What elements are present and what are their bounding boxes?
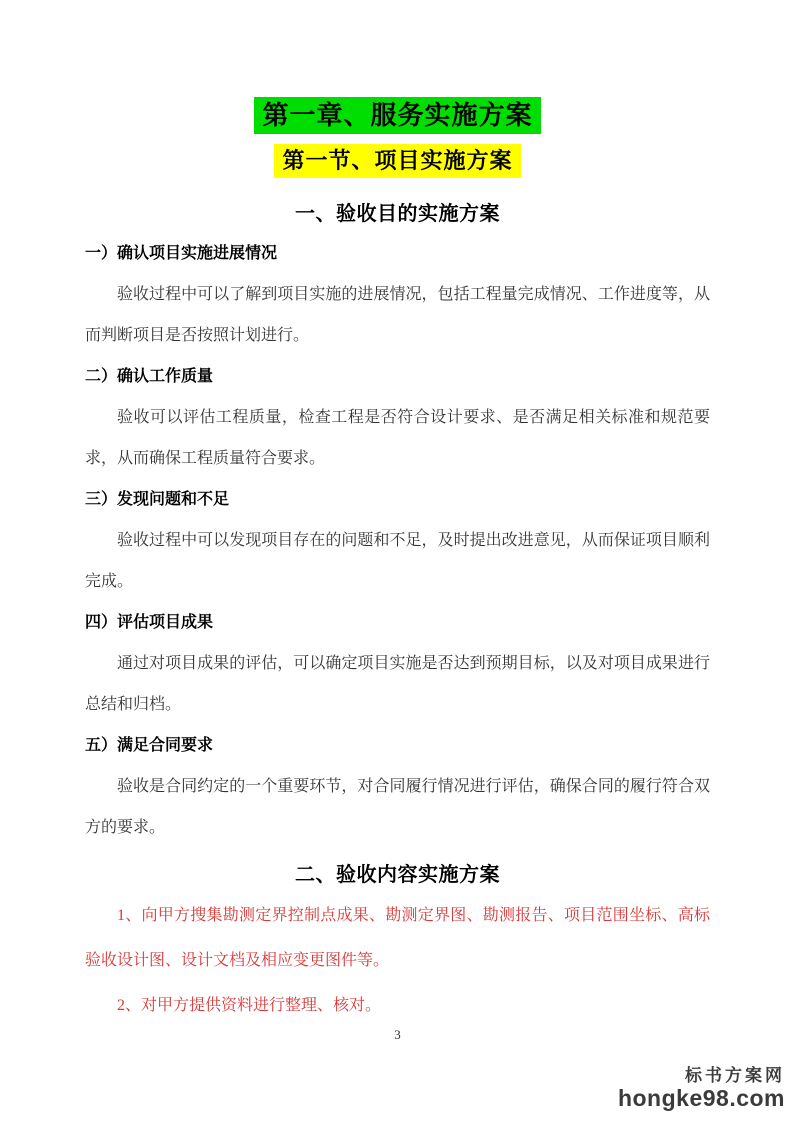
- section-block: 五）满足合同要求 验收是合同约定的一个重要环节，对合同履行情况进行评估，确保合同…: [85, 725, 710, 848]
- section-block: 二）确认工作质量 验收可以评估工程质量，检查工程是否符合设计要求、是否满足相关标…: [85, 356, 710, 479]
- section-heading: 四）评估项目成果: [85, 602, 710, 643]
- section-heading: 三）发现问题和不足: [85, 479, 710, 520]
- section-heading: 五）满足合同要求: [85, 725, 710, 766]
- chapter-title-row: 第一章、服务实施方案: [85, 97, 710, 134]
- section-block: 一）确认项目实施进展情况 验收过程中可以了解到项目实施的进展情况，包括工程量完成…: [85, 233, 710, 356]
- document-page: 第一章、服务实施方案 第一节、项目实施方案 一、验收目的实施方案 一）确认项目实…: [0, 0, 793, 1122]
- red-list-item: 2、对甲方提供资料进行整理、核对。: [85, 983, 710, 1028]
- heading-acceptance-purpose: 一、验收目的实施方案: [85, 203, 710, 225]
- section-body: 验收可以评估工程质量，检查工程是否符合设计要求、是否满足相关标准和规范要求，从而…: [85, 397, 710, 479]
- section-body: 验收过程中可以发现项目存在的问题和不足，及时提出改进意见，从而保证项目顺利完成。: [85, 520, 710, 602]
- section-block: 三）发现问题和不足 验收过程中可以发现项目存在的问题和不足，及时提出改进意见，从…: [85, 479, 710, 602]
- heading-acceptance-content: 二、验收内容实施方案: [85, 864, 710, 886]
- section-block: 四）评估项目成果 通过对项目成果的评估，可以确定项目实施是否达到预期目标，以及对…: [85, 602, 710, 725]
- section-body: 验收过程中可以了解到项目实施的进展情况，包括工程量完成情况、工作进度等，从而判断…: [85, 274, 710, 356]
- watermark: 标书方案网 hongke98.com: [618, 1066, 785, 1110]
- watermark-site-name: 标书方案网: [618, 1066, 785, 1086]
- section-heading: 一）确认项目实施进展情况: [85, 233, 710, 274]
- section-heading: 二）确认工作质量: [85, 356, 710, 397]
- section-title-row: 第一节、项目实施方案: [85, 144, 710, 178]
- section-body: 通过对项目成果的评估，可以确定项目实施是否达到预期目标，以及对项目成果进行总结和…: [85, 643, 710, 725]
- section-body: 验收是合同约定的一个重要环节，对合同履行情况进行评估，确保合同的履行符合双方的要…: [85, 766, 710, 848]
- chapter-title: 第一章、服务实施方案: [254, 97, 540, 134]
- page-content: 第一章、服务实施方案 第一节、项目实施方案 一、验收目的实施方案 一）确认项目实…: [0, 0, 793, 1042]
- section-title: 第一节、项目实施方案: [274, 144, 520, 178]
- purpose-sections: 一）确认项目实施进展情况 验收过程中可以了解到项目实施的进展情况，包括工程量完成…: [85, 233, 710, 848]
- red-list-item: 1、向甲方搜集勘测定界控制点成果、勘测定界图、勘测报告、项目范围坐标、高标验收设…: [85, 893, 710, 983]
- page-number: 3: [85, 1028, 710, 1042]
- watermark-site-url: hongke98.com: [618, 1086, 785, 1110]
